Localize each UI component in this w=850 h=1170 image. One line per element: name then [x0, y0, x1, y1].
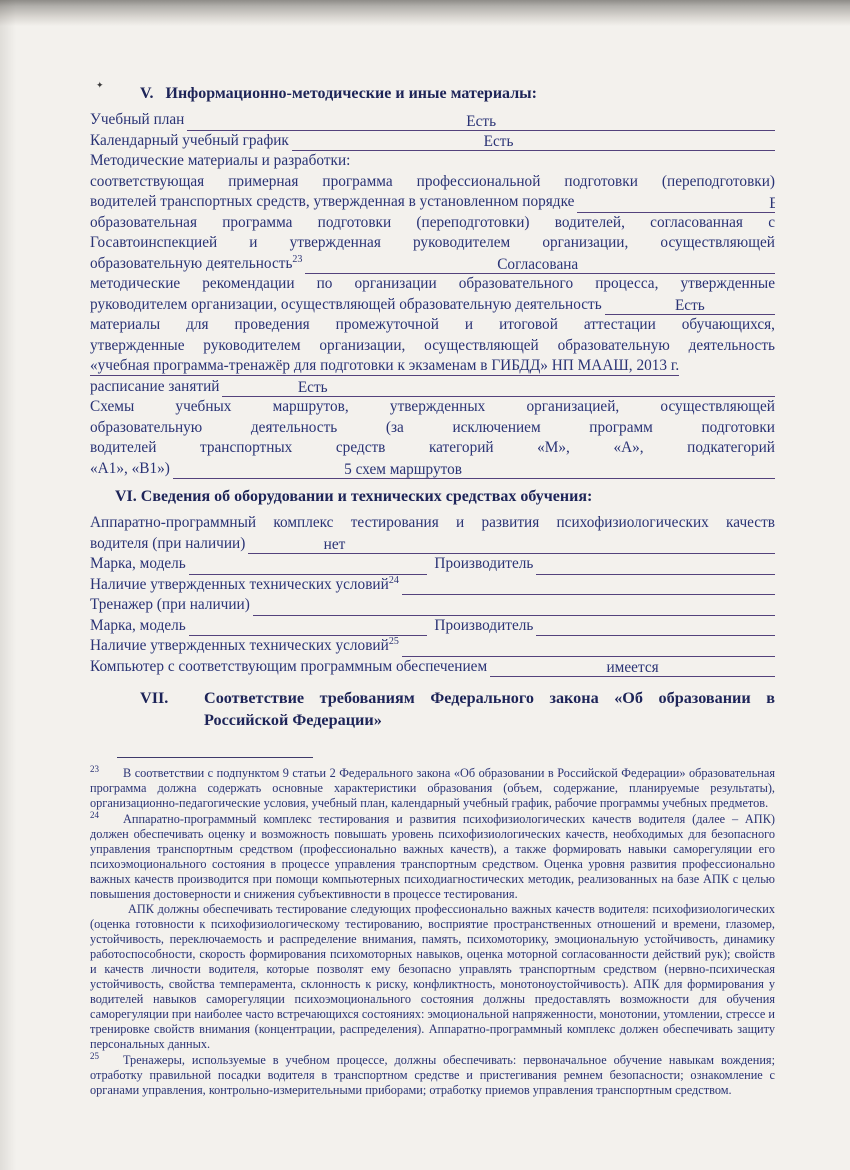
field-primernaya-2: водителей транспортных средств, утвержде… [90, 192, 775, 213]
field-label: водителей транспортных средств, утвержде… [90, 192, 574, 213]
section-vi-title: Сведения об оборудовании и технических с… [141, 488, 593, 505]
section-vii-title: Соответствие требованиям Федерального за… [204, 687, 775, 731]
text-line-obraz-prog-2: Госавтоинспекцией и утвержденная руковод… [90, 233, 775, 254]
field-underline [402, 638, 775, 657]
field-label: Компьютер с соответствующим программным … [90, 657, 487, 678]
scan-edge-left [0, 0, 16, 1170]
field-underline [189, 556, 428, 575]
field-underline: нет [248, 535, 775, 554]
field-value: Согласована [497, 256, 578, 273]
text-line-primernaya-1: соответствующая примерная программа проф… [90, 172, 775, 193]
field-label: руководителем организации, осуществляюще… [90, 295, 602, 316]
field-label: Календарный учебный график [90, 131, 289, 152]
field-underline: имеется [490, 658, 775, 677]
field-label-text: Наличие утвержденных технических условий [90, 576, 389, 593]
field-apk-nalichie: водителя (при наличии) нет [90, 534, 775, 555]
field-value: Есть [769, 195, 775, 212]
field-value: Есть [298, 379, 328, 396]
footnote-25: 25Тренажеры, используемые в учебном проц… [90, 1052, 775, 1098]
text-line-metod-head: Методические материалы и разработки: [90, 151, 775, 172]
field-underline: Согласована [305, 255, 775, 274]
footnote-text: АПК должны обеспечивать тестирование сле… [90, 902, 775, 1051]
field-obraz-deyatelnost: образовательную деятельность23 Согласова… [90, 254, 775, 275]
field-underline [536, 617, 775, 636]
section-vii-number: VII. [140, 687, 204, 731]
footnote-24: 24Аппаратно-программный комплекс тестиро… [90, 811, 775, 902]
field-kalendarny-grafik: Календарный учебный график Есть [90, 131, 775, 152]
field-marka-model-2: Марка, модель Производитель [90, 616, 775, 637]
section-vii-heading: VII. Соответствие требованиям Федерально… [90, 687, 775, 731]
field-label: Марка, модель [90, 554, 186, 575]
field-underline [189, 617, 428, 636]
field-computer: Компьютер с соответствующим программным … [90, 657, 775, 678]
field-label: водителя (при наличии) [90, 534, 245, 555]
text-line-metod-rek-1: методические рекомендации по организации… [90, 274, 775, 295]
field-metod-rek-2: руководителем организации, осуществляюще… [90, 295, 775, 316]
field-underline: Есть [222, 378, 775, 397]
scan-edge-top [0, 0, 850, 26]
field-underline: Есть [187, 112, 775, 131]
field-value: нет [324, 536, 346, 553]
field-label: образовательную деятельность23 [90, 254, 302, 275]
footnote-number: 23 [90, 764, 99, 774]
text-line-materialy-1: материалы для проведения промежуточной и… [90, 315, 775, 336]
section-v-heading: V.Информационно-методические и иные мате… [90, 84, 775, 104]
text-line-skhemy-3: водителей транспортных средств категорий… [90, 438, 775, 459]
field-label: Марка, модель [90, 616, 186, 637]
field-underline: 5 схем маршрутов [173, 460, 775, 479]
field-label-text: образовательную деятельность [90, 255, 292, 272]
field-uchebny-plan: Учебный план Есть [90, 110, 775, 131]
field-label: «А1», «В1») [90, 459, 170, 480]
field-label-proizvoditel: Производитель [427, 554, 533, 575]
text-line-skhemy-2: образовательную деятельность (за исключе… [90, 418, 775, 439]
field-skhemy-value: «А1», «В1») 5 схем маршрутов [90, 459, 775, 480]
section-v-title: Информационно-методические и иные матери… [166, 85, 537, 102]
footnote-ref-25: 25 [389, 636, 399, 647]
field-label: Наличие утвержденных технических условий… [90, 636, 399, 657]
text-line-skhemy-1: Схемы учебных маршрутов, утвержденных ор… [90, 397, 775, 418]
field-underline: Есть [292, 132, 775, 151]
underlined-value: «учебная программа-тренажёр для подготов… [90, 357, 679, 376]
field-tekh-usloviya-1: Наличие утвержденных технических условий… [90, 575, 775, 596]
field-value: Есть [675, 297, 705, 314]
footnote-separator [117, 757, 313, 758]
text-line-apk-1: Аппаратно-программный комплекс тестирова… [90, 513, 775, 534]
field-underline: Есть [577, 194, 775, 213]
field-materialy-value: «учебная программа-тренажёр для подготов… [90, 356, 775, 377]
field-value: Есть [466, 113, 496, 130]
field-raspisanie: расписание занятий Есть [90, 377, 775, 398]
document-content: V.Информационно-методические и иные мате… [90, 84, 775, 1098]
footnote-text: В соответствии с подпунктом 9 статьи 2 Ф… [90, 766, 775, 810]
field-label: Тренажер (при наличии) [90, 595, 250, 616]
footnote-text: Аппаратно-программный комплекс тестирова… [90, 812, 775, 901]
field-value: 5 схем маршрутов [344, 461, 462, 478]
section-vi-heading: VI.Сведения об оборудовании и технически… [90, 487, 775, 507]
footnote-ref-23: 23 [292, 253, 302, 264]
field-value: имеется [607, 659, 659, 676]
section-vii-title-line2: Российской Федерации» [204, 709, 775, 731]
footnote-number: 25 [90, 1051, 99, 1061]
section-vi-number: VI. [115, 488, 137, 505]
section-vii-title-line1: Соответствие требованиям Федерального за… [204, 687, 775, 709]
footnote-text: Тренажеры, используемые в учебном процес… [90, 1053, 775, 1097]
text-line-materialy-2: утвержденные руководителем организации, … [90, 336, 775, 357]
field-underline: Есть [605, 296, 775, 315]
field-label-text: Наличие утвержденных технических условий [90, 637, 389, 654]
text-line-obraz-prog-1: образовательная программа подготовки (пе… [90, 213, 775, 234]
field-tekh-usloviya-2: Наличие утвержденных технических условий… [90, 636, 775, 657]
footnote-24-continued: АПК должны обеспечивать тестирование сле… [90, 902, 775, 1052]
field-underline [402, 576, 775, 595]
scanned-document-page: ✦ V.Информационно-методические и иные ма… [0, 0, 850, 1170]
field-trenazher: Тренажер (при наличии) [90, 595, 775, 616]
field-marka-model-1: Марка, модель Производитель [90, 554, 775, 575]
footnote-23: 23В соответствии с подпунктом 9 статьи 2… [90, 765, 775, 811]
field-label: Наличие утвержденных технических условий… [90, 575, 399, 596]
footnote-number: 24 [90, 810, 99, 820]
footnote-ref-24: 24 [389, 574, 399, 585]
field-underline [253, 597, 775, 616]
field-underline [536, 556, 775, 575]
field-value: Есть [484, 133, 514, 150]
field-label: Учебный план [90, 110, 184, 131]
section-v-number: V. [140, 85, 154, 102]
field-label: расписание занятий [90, 377, 219, 398]
field-label-proizvoditel: Производитель [427, 616, 533, 637]
